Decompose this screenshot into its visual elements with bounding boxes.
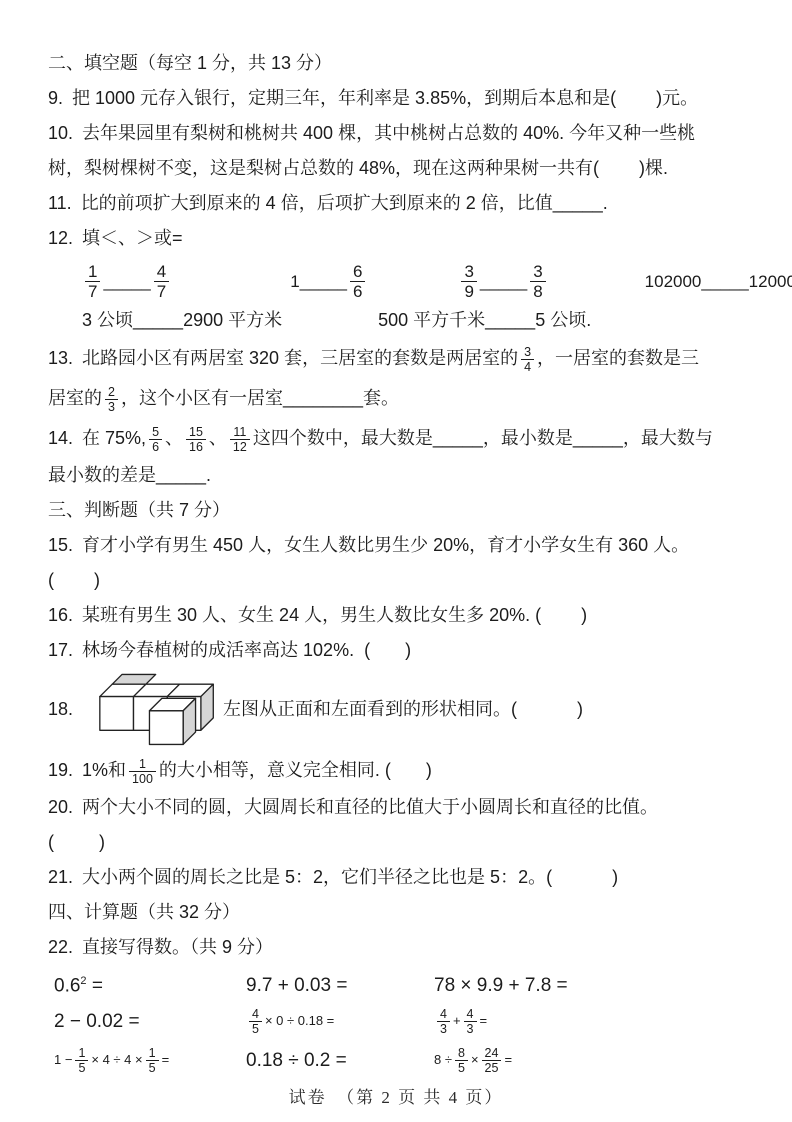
question-19: 19.1%和1100的大小相等，意义完全相同. ( ) [48,750,752,790]
question-14-line2: 最小数的差是_____. [48,458,752,493]
question-13-text-4: ，这个小区有一居室________套。 [121,388,399,408]
expr-8-div-8-5-times-24-25: 8 ÷85×2425= [434,1046,752,1075]
question-13-text-1: 北路园小区有两居室 320 套，三居室的套数是两居室的 [82,348,518,368]
question-21-number: 21. [48,860,73,895]
separator: 、 [165,428,183,448]
question-18-number: 18. [48,699,73,720]
question-13-line1: 13.北路园小区有两居室 320 套，三居室的套数是两居室的34，一居室的套数是… [48,338,752,378]
question-14-text-2: 这四个数中，最大数是_____，最小数是_____，最大数与 [253,428,713,448]
question-22-number: 22. [48,930,73,965]
question-16: 16.某班有男生 30 人、女生 24 人，男生人数比女生多 20%. ( ) [48,598,752,633]
cube-stack-figure [97,670,217,748]
question-9-text: 把 1000 元存入银行，定期三年，年利率是 3.85%，到期后本息和是( )元… [72,88,698,108]
question-17-number: 17. [48,633,73,668]
section-calc-header: 四、计算题（共 32 分） [48,895,752,930]
integer-1: 1 [290,273,299,290]
compare-pair-1: 17_____47 [82,262,172,301]
expr-9.7-plus-0.03: 9.7 + 0.03 = [246,975,434,997]
question-19-number: 19. [48,750,73,790]
fraction-11-12: 1112 [230,425,250,454]
question-10-line1: 10.去年果园里有梨树和桃树共 400 棵，其中桃树占总数的 40%. 今年又种… [48,116,752,151]
fraction-3-4: 34 [521,345,534,374]
mental-math-grid: 0.62 = 9.7 + 0.03 = 78 × 9.9 + 7.8 = 2 −… [54,975,752,1075]
question-12-units-row: 3 公顷_____2900 平方米500 平方千米_____5 公顷. [48,303,752,338]
units-compare-right: 500 平方千米_____5 公顷. [378,310,591,330]
question-13-text-2: ，一居室的套数是三 [537,348,699,368]
fraction-1-7: 17 [85,262,100,301]
question-9: 9.把 1000 元存入银行，定期三年，年利率是 3.85%，到期后本息和是( … [48,81,752,116]
fraction-24-25: 2425 [482,1046,502,1075]
question-20-text: 两个大小不同的圆，大圆周长和直径的比值大于小圆周长和直径的比值。 [82,797,658,817]
question-15-line1: 15.育才小学有男生 450 人，女生人数比男生少 20%，育才小学女生有 36… [48,528,752,563]
question-12-number: 12. [48,221,73,256]
compare-pair-3: 39_____38 [458,262,548,301]
units-compare-left: 3 公顷_____2900 平方米 [82,303,282,338]
fraction-3-8: 38 [530,262,545,301]
operator: + [453,1013,461,1028]
fraction-4-5: 45 [249,1007,262,1036]
question-9-number: 9. [48,81,63,116]
separator: 、 [209,428,227,448]
question-22-text: 直接写得数。（共 9 分） [82,937,273,957]
fraction-6-6: 66 [350,262,365,301]
question-19-text-2: 的大小相等，意义完全相同. ( ) [159,760,432,780]
question-14-text-1: 在 75%, [82,428,146,448]
cube-d-front-face [149,711,183,745]
page-footer: 试卷 （第 2 页 共 4 页） [0,1083,792,1108]
question-20-paren: ( ) [48,825,752,860]
question-11-text: 比的前项扩大到原来的 4 倍，后项扩大到原来的 2 倍，比值_____. [81,193,608,213]
answer-blank: _____ [480,273,527,290]
fraction-1-100: 1100 [129,757,156,786]
cube-a-front-face [100,697,134,731]
question-10-text-1: 去年果园里有梨树和桃树共 400 棵，其中桃树占总数的 40%. 今年又种一些桃 [82,123,695,143]
question-17-text: 林场今春植树的成活率高达 102%. ( ) [82,640,411,660]
answer-blank: _____ [300,273,347,290]
question-15-number: 15. [48,528,73,563]
number-120000: 120000 [749,273,792,290]
section-judge-header: 三、判断题（共 7 分） [48,493,752,528]
answer-paren: ( ) [48,570,100,590]
question-10-text-2: 树，梨树棵树不变，这是梨树占总数的 48%，现在这两种果树一共有( )棵. [48,158,668,178]
question-19-text-1: 1%和 [82,760,126,780]
fraction-8-5: 85 [455,1046,468,1075]
question-12: 12.填＜、＞或= [48,221,752,256]
fraction-2-3: 23 [105,385,118,414]
question-12-text: 填＜、＞或= [82,228,183,248]
fraction-3-9: 39 [461,262,476,301]
answer-blank: _____ [103,273,150,290]
answer-blank: _____ [701,273,748,290]
exam-page: 二、填空题（每空 1 分，共 13 分） 9.把 1000 元存入银行，定期三年… [0,0,792,1122]
section-fill-in-header: 二、填空题（每空 1 分，共 13 分） [48,46,752,81]
fraction-4-3: 43 [464,1007,477,1036]
question-13-number: 13. [48,338,73,378]
question-21-text: 大小两个圆的周长之比是 5：2，它们半径之比也是 5：2。( ) [82,867,618,887]
question-10-number: 10. [48,116,73,151]
question-14-number: 14. [48,418,73,458]
question-11: 11.比的前项扩大到原来的 4 倍，后项扩大到原来的 2 倍，比值_____. [48,186,752,221]
number-102000: 102000 [645,273,702,290]
question-22: 22.直接写得数。（共 9 分） [48,930,752,965]
question-18: 18. 左图从正面和左面看到的形状相同。( ) [48,670,752,748]
question-10-line2: 树，梨树棵树不变，这是梨树占总数的 48%，现在这两种果树一共有( )棵. [48,151,752,186]
question-15-paren: ( ) [48,563,752,598]
question-20-line1: 20.两个大小不同的圆，大圆周长和直径的比值大于小圆周长和直径的比值。 [48,790,752,825]
question-12-comparisons: 17_____47 1_____66 39_____38 102000_____… [48,262,752,301]
question-13-line2: 居室的23，这个小区有一居室________套。 [48,378,752,418]
expr-78-times-9.9-plus-7.8: 78 × 9.9 + 7.8 = [434,975,752,997]
question-21: 21.大小两个圆的周长之比是 5：2，它们半径之比也是 5：2。( ) [48,860,752,895]
expr-1-minus-1-5-times-4-div-4-times-1-5: 1 −15× 4 ÷ 4 ×15= [54,1046,246,1075]
expr-2-minus-0.02: 2 − 0.02 = [54,1011,246,1033]
expr-0.18-div-0.2: 0.18 ÷ 0.2 = [246,1050,434,1072]
expr-4-5-times-0-div-0.18: 45× 0 ÷ 0.18 = [246,1007,434,1036]
fraction-1-5: 15 [75,1046,88,1075]
question-16-number: 16. [48,598,73,633]
compare-pair-2: 1_____66 [290,262,368,301]
fraction-15-16: 1516 [186,425,206,454]
question-14-text-3: 最小数的差是_____. [48,465,211,485]
question-17: 17.林场今春植树的成活率高达 102%. ( ) [48,633,752,668]
compare-pair-4: 102000_____120000 [645,273,792,290]
answer-paren: ( ) [48,832,105,852]
question-11-number: 11. [48,186,72,221]
fraction-5-6: 56 [149,425,162,454]
question-13-text-3: 居室的 [48,388,102,408]
expr-4-3-plus-4-3: 43+43= [434,1007,752,1036]
question-20-number: 20. [48,790,73,825]
question-14-line1: 14.在 75%,56、1516、1112这四个数中，最大数是_____，最小数… [48,418,752,458]
question-16-text: 某班有男生 30 人、女生 24 人，男生人数比女生多 20%. ( ) [82,605,587,625]
fraction-4-7: 47 [154,262,169,301]
fraction-4-3: 43 [437,1007,450,1036]
expr-0.6-squared: 0.62 = [54,975,246,997]
question-18-text: 左图从正面和左面看到的形状相同。( ) [223,692,583,727]
fraction-1-5: 15 [146,1046,159,1075]
cube-back-top-face [112,674,155,684]
question-15-text: 育才小学有男生 450 人，女生人数比男生少 20%，育才小学女生有 360 人… [82,535,689,555]
